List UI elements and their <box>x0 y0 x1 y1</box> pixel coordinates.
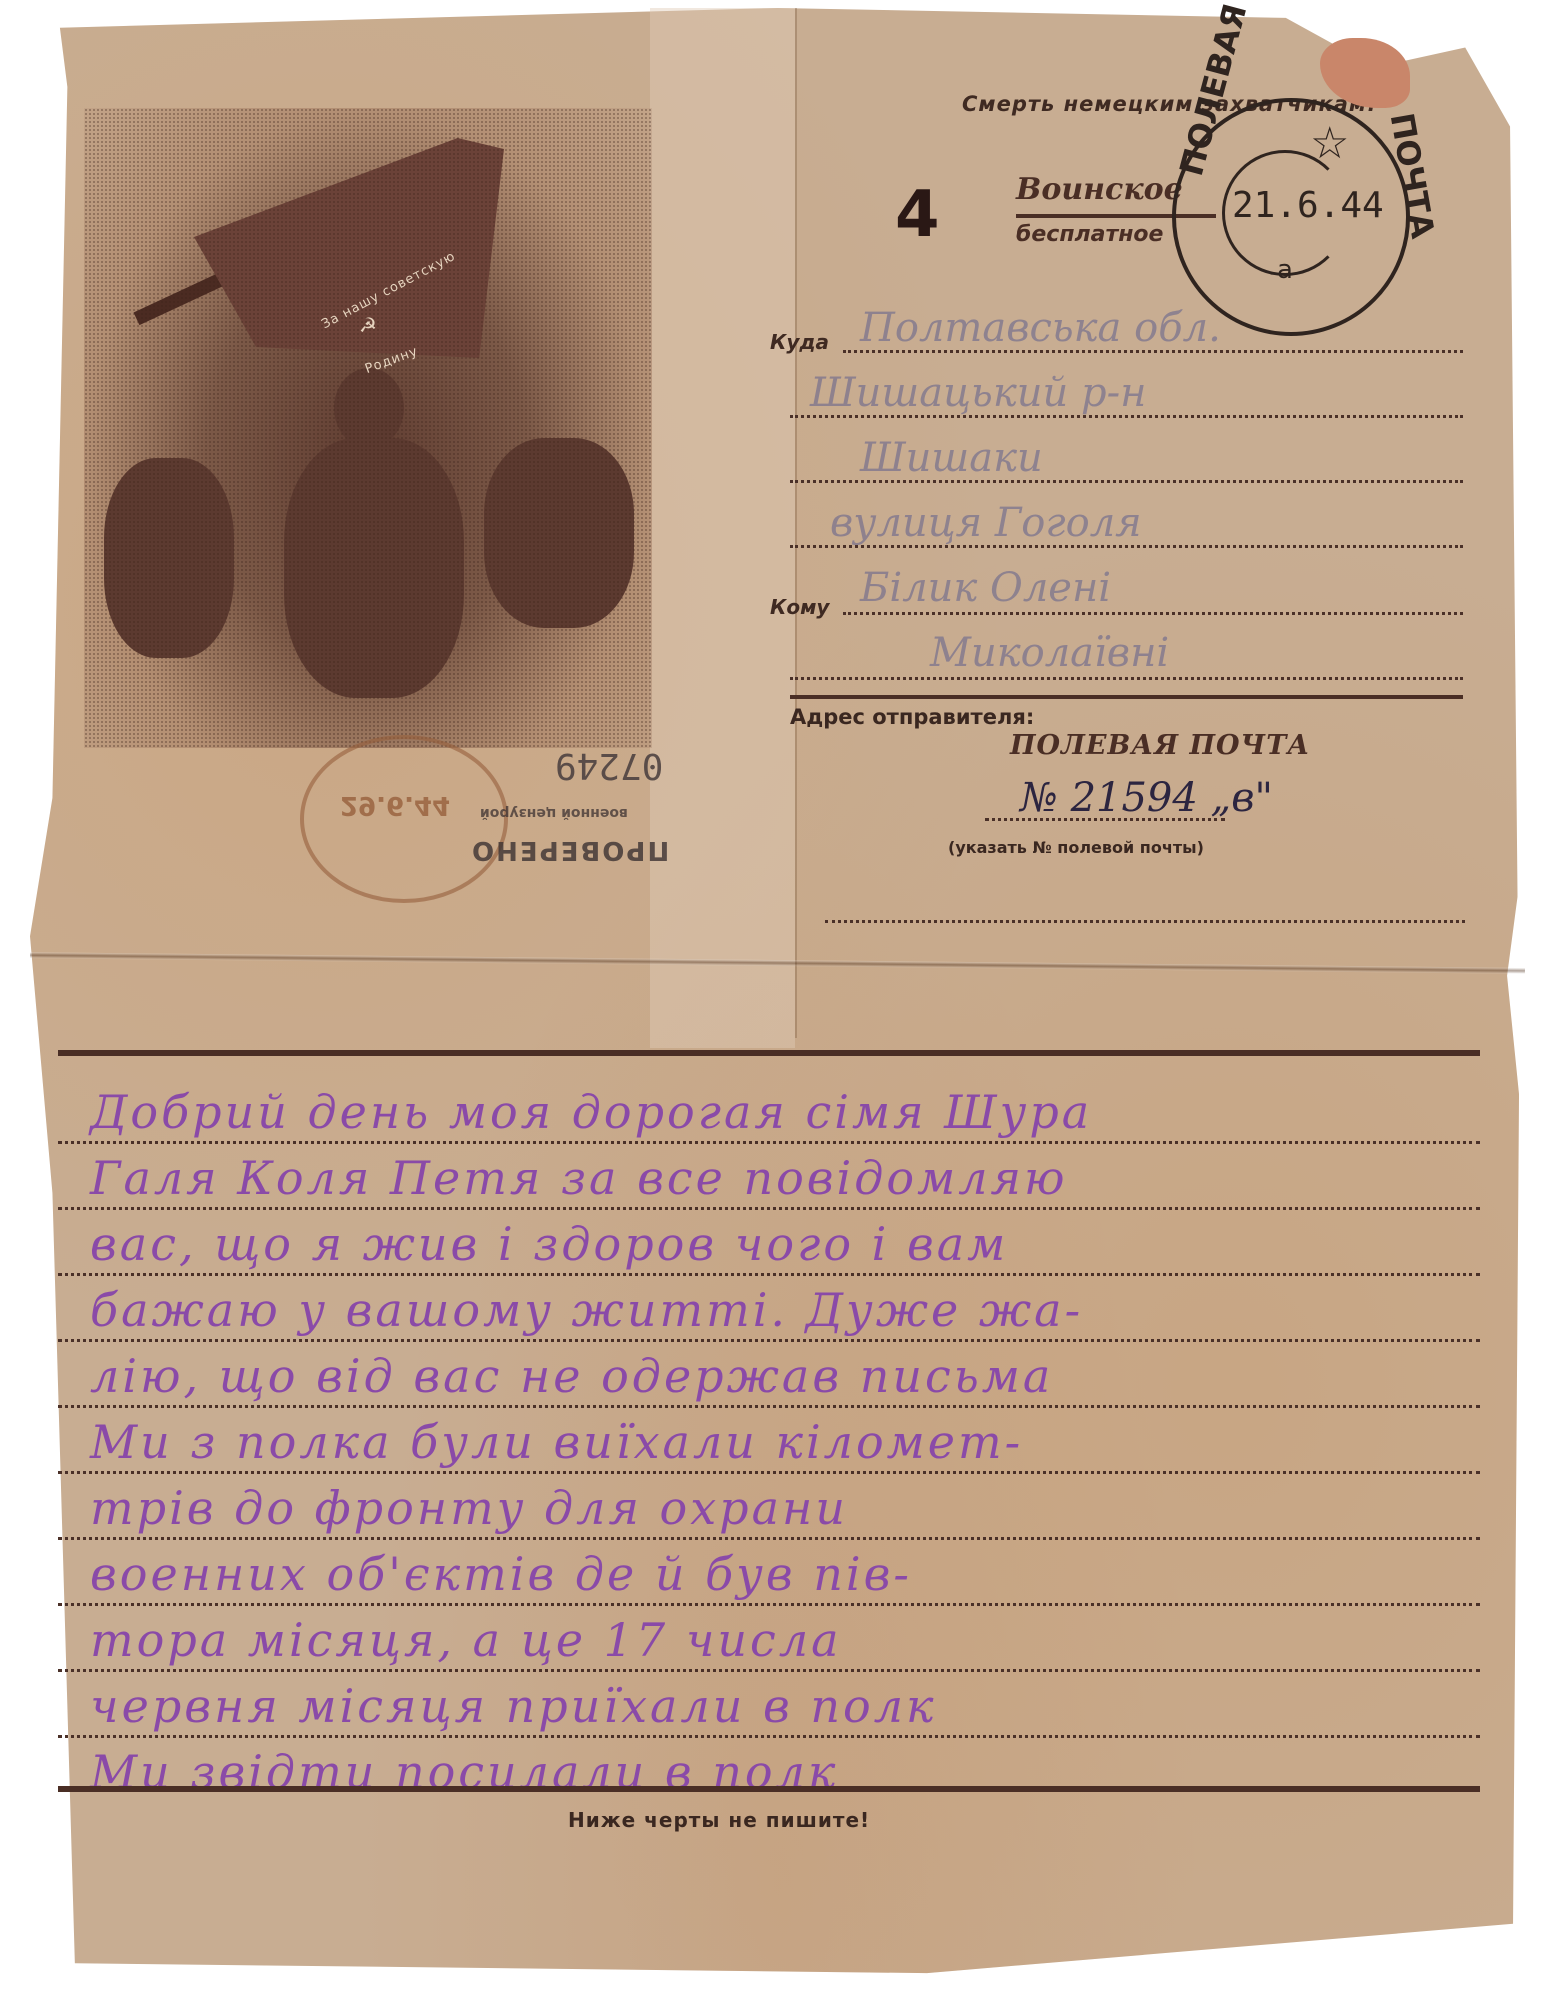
field-post-title: ПОЛЕВАЯ ПОЧТА <box>1010 730 1310 761</box>
address-where-line4: вулиця Гоголя <box>830 500 1142 546</box>
footer-note: Ниже черты не пишите! <box>568 1808 870 1832</box>
letter-ruled-line <box>58 1669 1480 1672</box>
banner-text-line2: Родину <box>363 344 420 377</box>
letter-ruled-line <box>58 1735 1480 1738</box>
address-whom-line1: Білик Олені <box>860 565 1111 611</box>
letter-line-text: лію, що від вас не одержав письма <box>90 1349 1490 1403</box>
address-whom-line2: Миколаївні <box>930 630 1169 676</box>
letter-ruled-line <box>58 1405 1480 1408</box>
letter-line-text: Ми з полка були виїхали кіломет- <box>90 1415 1490 1469</box>
sender-divider <box>790 695 1463 699</box>
letter-ruled-line <box>58 1273 1480 1276</box>
address-line <box>843 612 1463 615</box>
sender-address-label: Адрес отправителя: <box>790 705 1034 729</box>
censor-text-line1: военной цензурой <box>480 805 628 821</box>
to-whom-label: Кому <box>770 595 829 619</box>
to-where-label: Куда <box>770 330 829 354</box>
letter-ruled-line <box>58 1207 1480 1210</box>
address-line <box>790 677 1463 680</box>
letter-ruled-line <box>58 1339 1480 1342</box>
banner-text-line1: За нашу советскую <box>319 249 458 332</box>
letter-bottom-rule <box>58 1786 1480 1792</box>
letter-ruled-line <box>58 1141 1480 1144</box>
soldier-figure-right <box>484 438 634 628</box>
repair-tape <box>650 8 795 1048</box>
letter-line-text: Галя Коля Петя за все повідомляю <box>90 1151 1490 1205</box>
flag-pole <box>134 245 285 325</box>
letter-line-text: червня місяця приїхали в полк <box>90 1679 1490 1733</box>
letter-line-text: Добрий день моя дорогая сімя Шура <box>90 1085 1490 1139</box>
star-icon: ☆ <box>1310 118 1349 169</box>
letter-line-text: бажаю у вашому житті. Дуже жа- <box>90 1283 1490 1337</box>
sender-extra-line <box>825 920 1465 923</box>
letter-ruled-line <box>58 1537 1480 1540</box>
field-post-number-line <box>985 818 1225 821</box>
letter-line-text: военних об'єктів де й був пів- <box>90 1547 1490 1601</box>
address-where-line2: Шишацький р-н <box>810 370 1146 416</box>
tape-edge <box>795 8 797 1038</box>
letter-line-text: трів до фронту для охрани <box>90 1481 1490 1535</box>
soldier-figure <box>334 368 404 448</box>
letter-line-text: вас, що я жив і здоров чого і вам <box>90 1217 1490 1271</box>
field-post-hint: (указать № полевой почты) <box>948 838 1204 857</box>
censor-stamp-date: 29.6.44 <box>340 790 450 820</box>
letter-line-text: тора місяця, а це 17 числа <box>90 1613 1490 1667</box>
censor-number: 07249 <box>555 745 663 786</box>
address-where-line3: Шишаки <box>860 435 1043 481</box>
letter-ruled-line <box>58 1603 1480 1606</box>
mail-type: Воинское <box>1016 172 1183 207</box>
postmark-series: а <box>1277 255 1293 285</box>
handwritten-mark: 4 <box>895 178 940 252</box>
mail-free-label: бесплатное <box>1016 222 1163 247</box>
red-banner <box>194 138 504 358</box>
hammer-and-sickle-icon: ☭ <box>359 313 377 337</box>
address-where-line1: Полтавська обл. <box>860 305 1221 351</box>
letter-top-rule <box>58 1050 1480 1056</box>
propaganda-illustration: За нашу советскую ☭ Родину <box>84 108 652 748</box>
soldier-body <box>284 438 464 698</box>
letter-ruled-line <box>58 1471 1480 1474</box>
soldier-figure-left <box>104 458 234 658</box>
postmark-date: 21.6.44 <box>1232 185 1384 226</box>
field-post-number: № 21594 „в" <box>1020 775 1273 821</box>
censor-text-line2: ПРОВЕРЕНО <box>470 835 669 865</box>
